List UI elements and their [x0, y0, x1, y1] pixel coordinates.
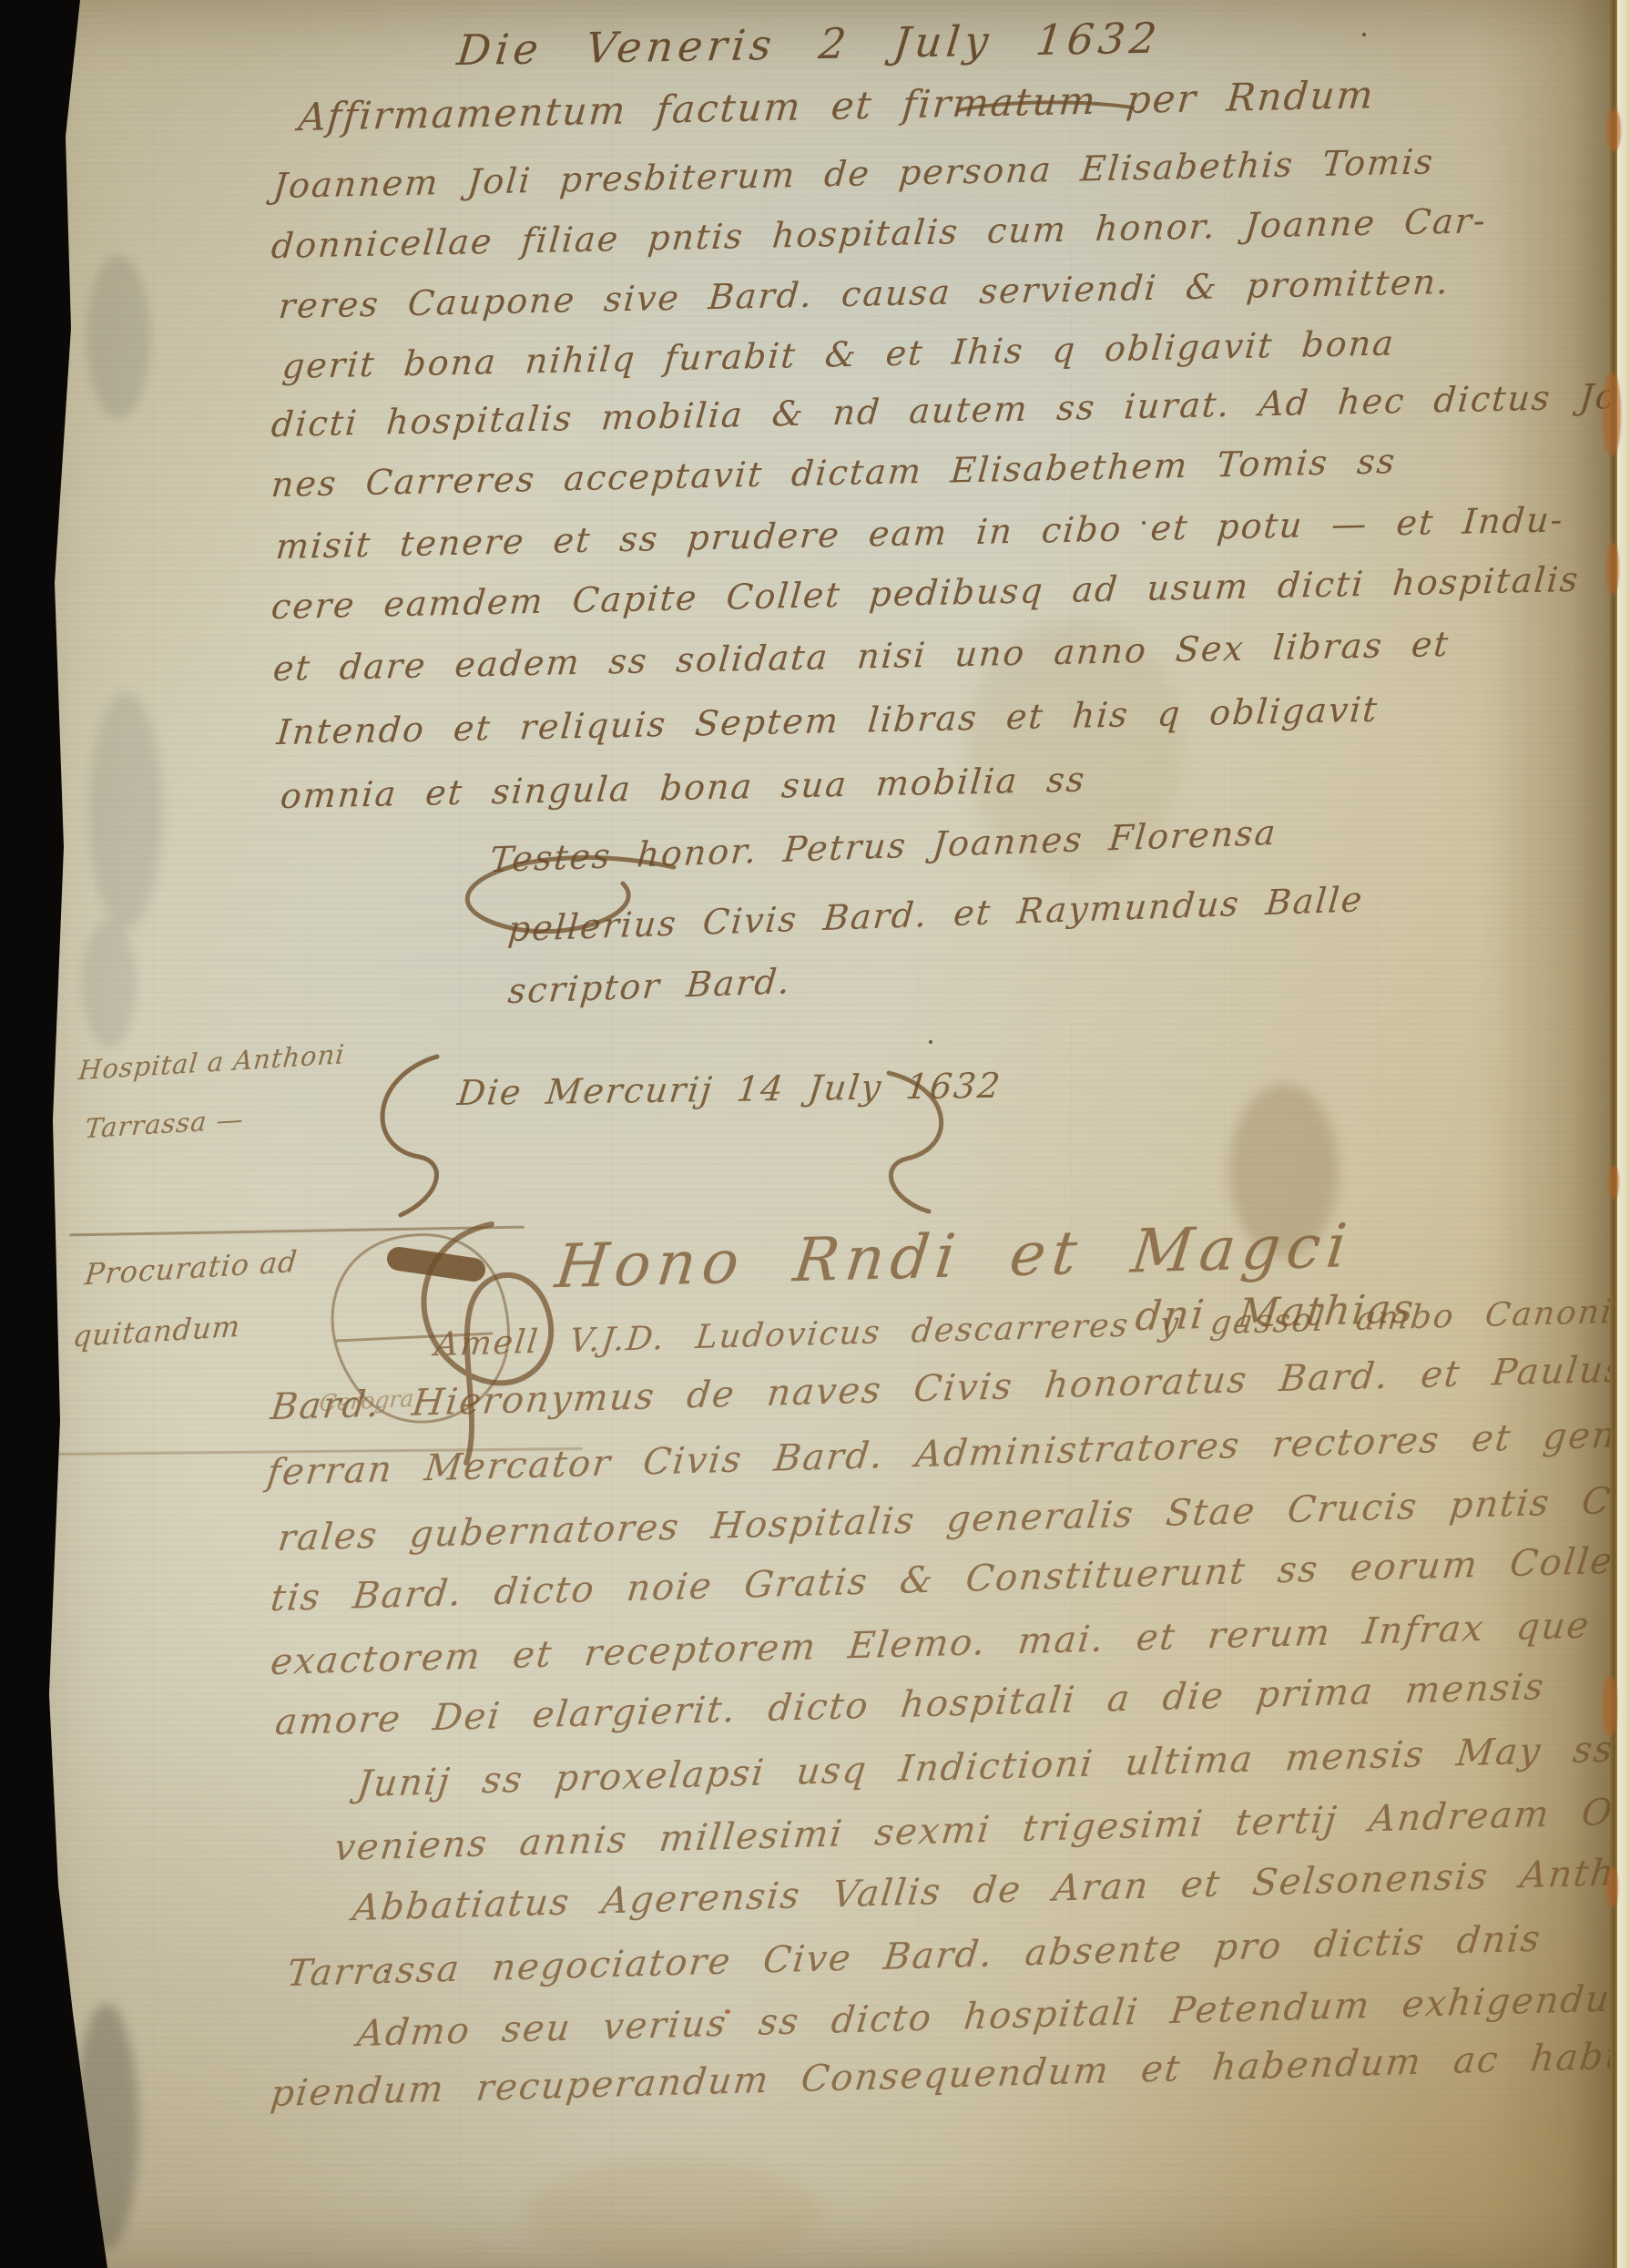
margin-note-procuratio-line1: Procuratio ad	[83, 1244, 299, 1292]
show-through-smudge	[82, 920, 137, 1047]
entry1-heading: Die Veneris 2 July 1632	[454, 14, 1163, 76]
manuscript-line: gerit bona nihilq furabit & et Ihis q ob…	[280, 322, 1396, 386]
manuscript-line: Joannem Joli presbiterum de persona Elis…	[271, 141, 1436, 206]
fly-speck	[929, 1040, 932, 1044]
margin-note-hospital-line2: Tarrassa —	[84, 1103, 246, 1144]
margin-note-hospital-line1: Hospital a Anthoni	[77, 1038, 347, 1086]
entry2-heading: Die Mercurij 14 July 1632	[455, 1066, 1003, 1113]
manuscript-line: reres Caupone sive Bard. causa serviendi…	[277, 261, 1452, 326]
manuscript-line: Junij ss proxelapsi usq Indictioni ultim…	[355, 1726, 1630, 1806]
show-through-smudge	[87, 255, 150, 419]
manuscript-line: cere eamdem Capite Collet pedibusq ad us…	[270, 559, 1581, 627]
witness-line: scriptor Bard.	[506, 961, 793, 1011]
ink-smudge	[75, 2004, 138, 2250]
manuscript-line: misit tenere et ss prudere eam in cibo e…	[274, 499, 1565, 567]
margin-rule	[69, 1226, 525, 1237]
fly-speck	[1362, 33, 1366, 36]
damp-stain	[528, 2159, 820, 2268]
show-through-smudge	[89, 692, 162, 929]
manuscript-line: et dare eadem ss solidata nisi uno anno …	[271, 624, 1451, 689]
entry2-opening-large: Hono Rndi et Magci	[552, 1211, 1356, 1302]
recto-page: Die Veneris 2 July 1632 Affirmamentum fa…	[0, 0, 1630, 2268]
manuscript-scan: Die Veneris 2 July 1632 Affirmamentum fa…	[0, 0, 1630, 2268]
manuscript-line: nes Carreres acceptavit dictam Elisabeth…	[270, 441, 1398, 505]
manuscript-line: omnia et singula bona sua mobilia ss	[279, 759, 1087, 816]
manuscript-line: Affirmamentum factum et firmatum per Rnd…	[297, 72, 1377, 139]
manuscript-line: Intendo et reliquis Septem libras et his…	[275, 690, 1380, 752]
manuscript-line: ferran Mercator Civis Bard. Administrato…	[265, 1413, 1630, 1494]
witness-line: Testes honor. Petrus Joannes Florensa	[488, 812, 1279, 880]
witness-line: pellerius Civis Bard. et Raymundus Balle	[506, 879, 1365, 949]
manuscript-line: donnicellae filiae pntis hospitalis cum …	[270, 200, 1488, 266]
manuscript-line: dicti hospitalis mobilia & nd autem ss i…	[270, 375, 1630, 444]
margin-note-procuratio-line2: quitandum	[71, 1309, 242, 1354]
manuscript-line: Tarrassa negociatore Cive Bard. absente …	[285, 1918, 1543, 1996]
heading2-left-flourish	[353, 1049, 453, 1222]
